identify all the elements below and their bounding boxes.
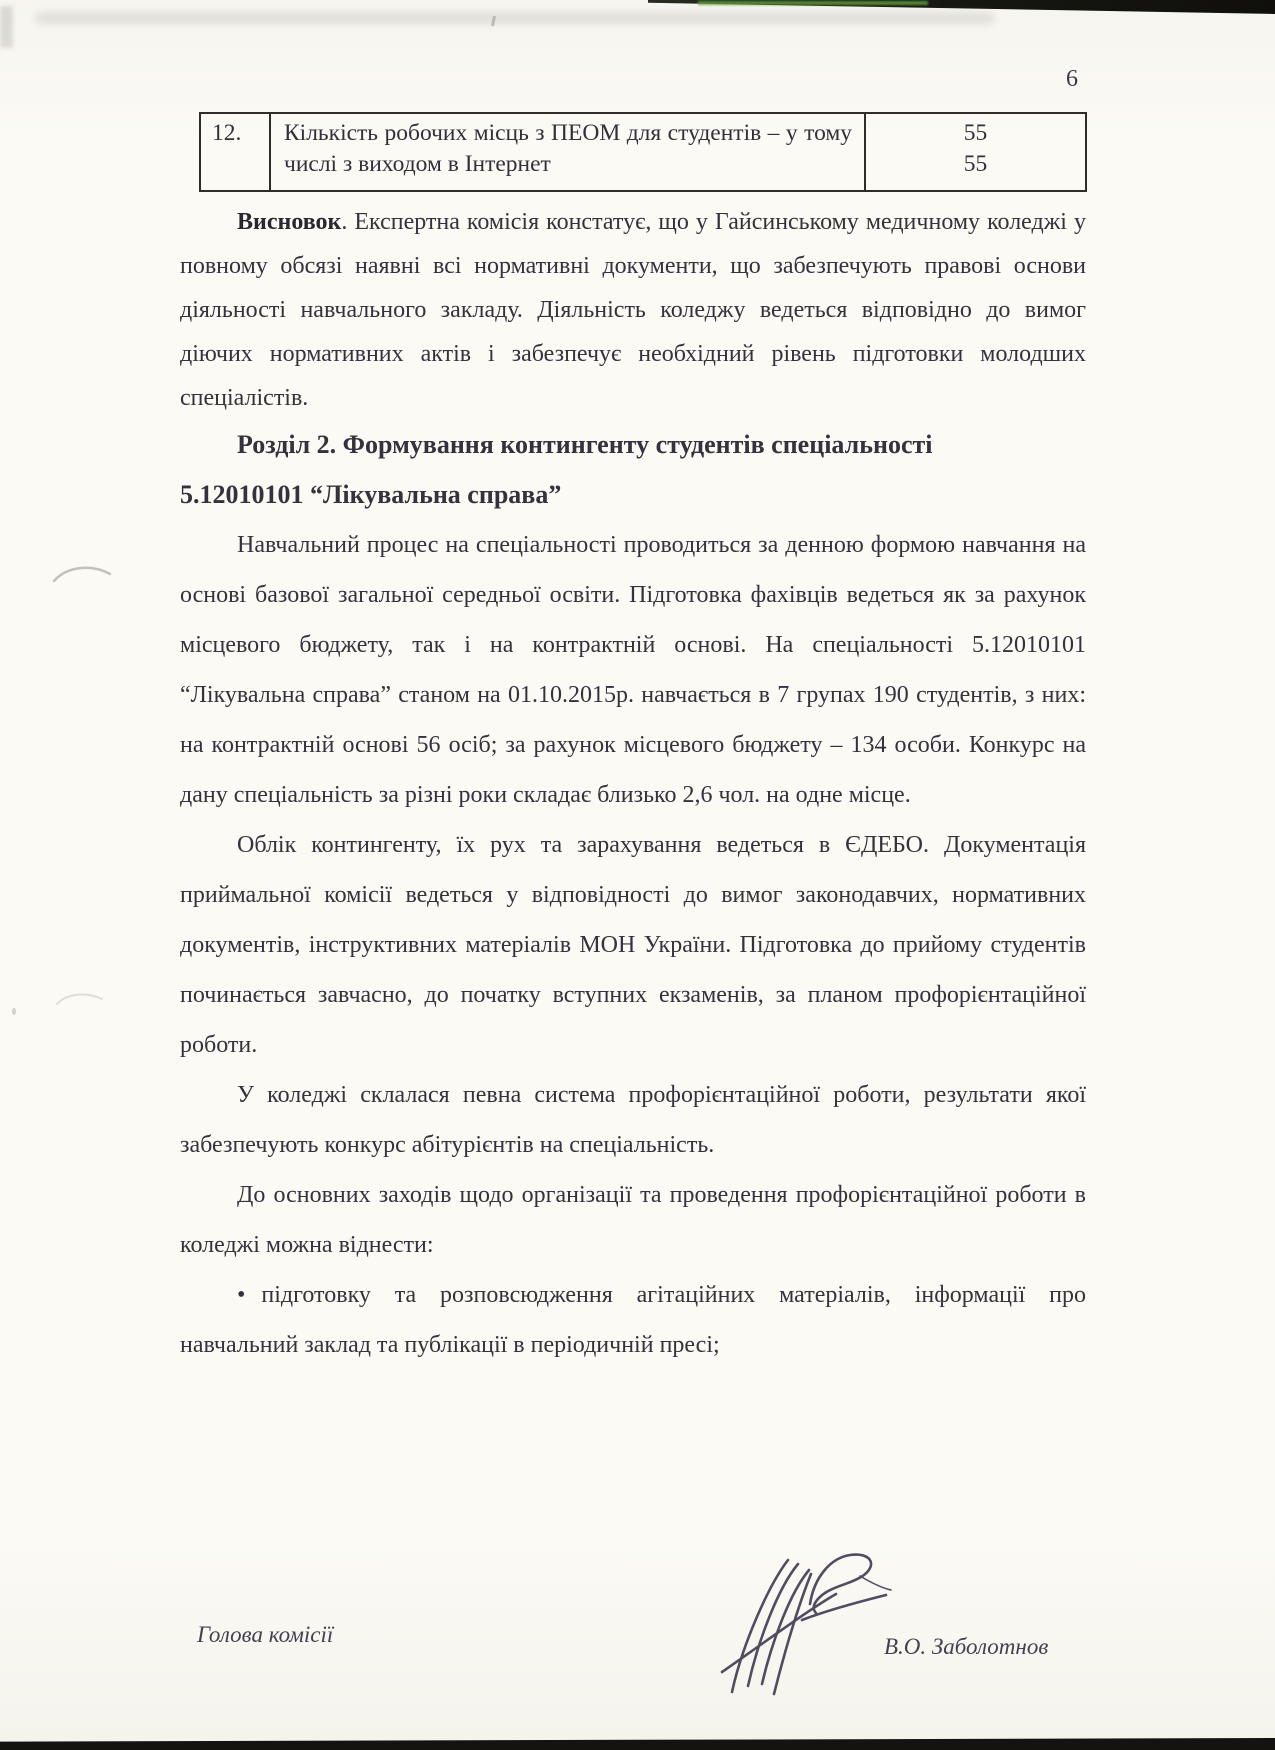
bullet-list-item: •підготовку та розповсюдження агітаційни… (180, 1270, 1086, 1370)
conclusion-lead-word: Висновок (237, 209, 341, 235)
table-row-value-line1: 55 (866, 118, 1085, 149)
scan-pen-smudge (52, 560, 114, 590)
page-number: 6 (1066, 66, 1078, 93)
table-row-label-line2: числі з виходом в Інтернет (284, 149, 852, 180)
section-heading-line1: Розділ 2. Формування контингенту студент… (237, 430, 933, 459)
conclusion-paragraph: Висновок. Експертна комісія констатує, щ… (180, 200, 1086, 420)
paragraph-orientation-system: У коледжі склалася певна система профорі… (180, 1070, 1086, 1170)
section-heading-line2: 5.12010101 “Лікувальна справа” (180, 480, 561, 509)
paragraph-training-process: Навчальний процес на спеціальності прово… (180, 520, 1086, 820)
signature-icon (710, 1546, 895, 1698)
bullet-icon: • (237, 1282, 261, 1308)
chairman-title: Голова комісії (197, 1622, 333, 1648)
scan-edge-artifact-bottom (0, 1738, 1275, 1750)
bullet-item-text: підготовку та розповсюдження агітаційних… (180, 1282, 1086, 1358)
table-row-label-line1: Кількість робочих місць з ПЕОМ для студе… (284, 118, 852, 149)
conclusion-body-text: . Експертна комісія констатує, що у Гайс… (180, 209, 1086, 411)
table-row-index: 12. (201, 114, 271, 190)
paragraph-measures-intro: До основних заходів щодо організації та … (180, 1170, 1086, 1270)
document-body: Висновок. Експертна комісія констатує, щ… (180, 200, 1086, 1370)
scan-glint-artifact (698, 1, 928, 5)
scan-smear-artifact (35, 12, 995, 24)
table-row-value-line2: 55 (866, 149, 1085, 180)
table-row-value: 55 55 (866, 114, 1085, 190)
section-heading: Розділ 2. Формування контингенту студент… (180, 420, 1086, 520)
table-row-label: Кількість робочих місць з ПЕОМ для студе… (271, 114, 866, 190)
scan-pen-smudge (55, 988, 105, 1012)
scan-speck (12, 1008, 16, 1015)
indicators-table: 12. Кількість робочих місць з ПЕОМ для с… (199, 112, 1087, 192)
scanned-document-page: 6 12. Кількість робочих місць з ПЕОМ для… (0, 0, 1275, 1750)
paragraph-edebo-records: Облік контингенту, їх рух та зарахування… (180, 820, 1086, 1070)
scan-corner-shade (0, 6, 13, 48)
signatory-name: В.О. Заболотнов (884, 1634, 1048, 1660)
